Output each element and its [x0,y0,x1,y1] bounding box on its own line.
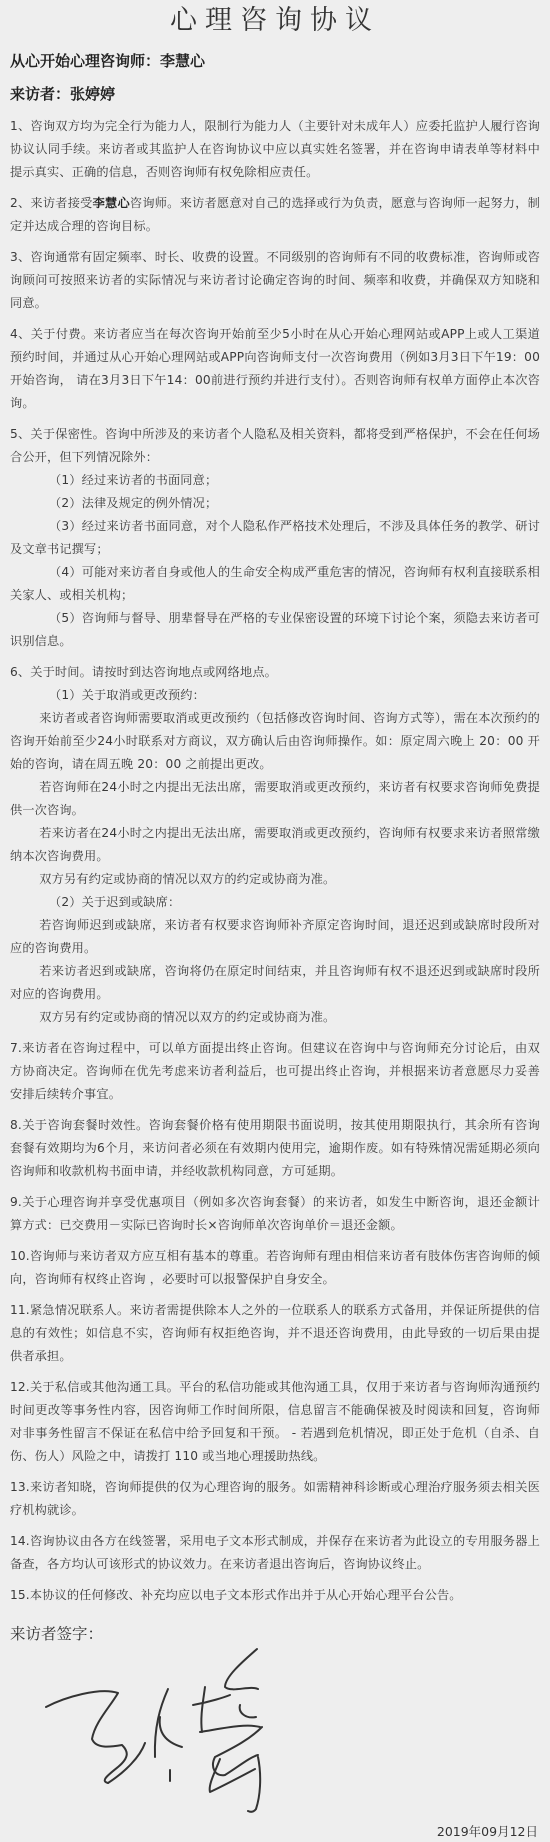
clause-6-sub2-title: （2）关于迟到或缺席： [10,891,540,914]
clause-11: 11.紧急情况联系人。来访者需提供除本人之外的一位联系人的联系方式备用，并保证所… [10,1299,540,1368]
visitor-line: 来访者：张婷婷 [10,79,540,109]
clause-6-sub1-para-4: 双方另有约定或协商的情况以双方的约定或协商为准。 [10,868,540,891]
clause-5-item-5: （5）咨询师与督导、朋辈督导在严格的专业保密设置的环境下讨论个案，须隐去来访者可… [10,607,540,653]
clause-5-item-1: （1）经过来访者的书面同意； [10,469,540,492]
signature-date: 2019年09月12日 [10,1822,540,1842]
clause-6-sub1-para-3: 若来访者在24小时之内提出无法出席，需要取消或更改预约，咨询师有权要求来访者照常… [10,822,540,868]
clause-2: 2、来访者接受李慧心咨询师。来访者愿意对自己的选择或行为负责，愿意与咨询师一起努… [10,192,540,238]
clause-4: 4、关于付费。来访者应当在每次咨询开始前至少5小时在从心开始心理网站或APP上或… [10,323,540,415]
clause-6-sub2-para-2: 若来访者迟到或缺席，咨询将仍在原定时间结束，并且咨询师有权不退还迟到或缺席时段所… [10,960,540,1006]
clause-5: 5、关于保密性。咨询中所涉及的来访者个人隐私及相关资料，都将受到严格保护，不会在… [10,423,540,469]
clause-15: 15.本协议的任何修改、补充均应以电子文本形式作出并于从心开始心理平台公告。 [10,1584,540,1607]
clause-6-sub1-title: （1）关于取消或更改预约： [10,684,540,707]
clause-3: 3、咨询通常有固定频率、时长、收费的设置。不同级别的咨询师有不同的收费标准，咨询… [10,246,540,315]
counselor-line: 从心开始心理咨询师：李慧心 [10,46,540,76]
clause-14: 14.咨询协议由各方在线签署，采用电子文本形式制成，并保存在来访者为此设立的专用… [10,1530,540,1576]
counselor-name: 李慧心 [160,52,205,70]
clause-9: 9.关于心理咨询并享受优惠项目（例如多次咨询套餐）的来访者，如发生中断咨询，退还… [10,1191,540,1237]
clause-5-item-4: （4）可能对来访者自身或他人的生命安全构成严重危害的情况，咨询师有权利直接联系相… [10,561,540,607]
clause-5-item-2: （2）法律及规定的例外情况； [10,492,540,515]
clause-13: 13.来访者知晓，咨询师提供的仅为心理咨询的服务。如需精神科诊断或心理治疗服务须… [10,1476,540,1522]
clause-6: 6、关于时间。请按时到达咨询地点或网络地点。 [10,661,540,684]
clause-6-sub2-para-1: 若咨询师迟到或缺席，来访者有权要求咨询师补齐原定咨询时间，退还迟到或缺席时段所对… [10,914,540,960]
visitor-label: 来访者： [10,85,70,103]
signature-label: 来访者签字： [10,1621,540,1647]
clause-6-sub1-para-1: 来访者或者咨询师需要取消或更改预约（包括修改咨询时间、咨询方式等），需在本次预约… [10,707,540,776]
clause-7: 7.来访者在咨询过程中，可以单方面提出终止咨询。但建议在咨询中与咨询师充分讨论后… [10,1037,540,1106]
clause-5-item-3: （3）经过来访者书面同意，对个人隐私作严格技术处理后，不涉及具体任务的教学、研讨… [10,515,540,561]
clause-2-prefix: 2、来访者接受 [10,196,93,210]
handwritten-signature [10,1647,540,1822]
clause-6-sub1-para-2: 若咨询师在24小时之内提出无法出席，需要取消或更改预约，来访者有权要求咨询师免费… [10,776,540,822]
page-title: 心理咨询协议 [10,0,540,43]
clause-1: 1、咨询双方均为完全行为能力人，限制行为能力人（主要针对未成年人）应委托监护人履… [10,115,540,184]
clause-6-sub2-para-3: 双方另有约定或协商的情况以双方的约定或协商为准。 [10,1006,540,1029]
agreement-document: 心理咨询协议 从心开始心理咨询师：李慧心 来访者：张婷婷 1、咨询双方均为完全行… [0,0,550,1842]
clause-8: 8.关于咨询套餐时效性。咨询套餐价格有使用期限书面说明，按其使用期限执行，其余所… [10,1114,540,1183]
signature-strokes-icon [10,1647,540,1822]
clause-2-counselor-name: 李慧心 [93,196,130,210]
clause-12: 12.关于私信或其他沟通工具。平台的私信功能或其他沟通工具，仅用于来访者与咨询师… [10,1376,540,1468]
clause-10: 10.咨询师与来访者双方应互相有基本的尊重。若咨询师有理由相信来访者有肢体伤害咨… [10,1245,540,1291]
visitor-name: 张婷婷 [70,85,115,103]
counselor-label: 从心开始心理咨询师： [10,52,160,70]
